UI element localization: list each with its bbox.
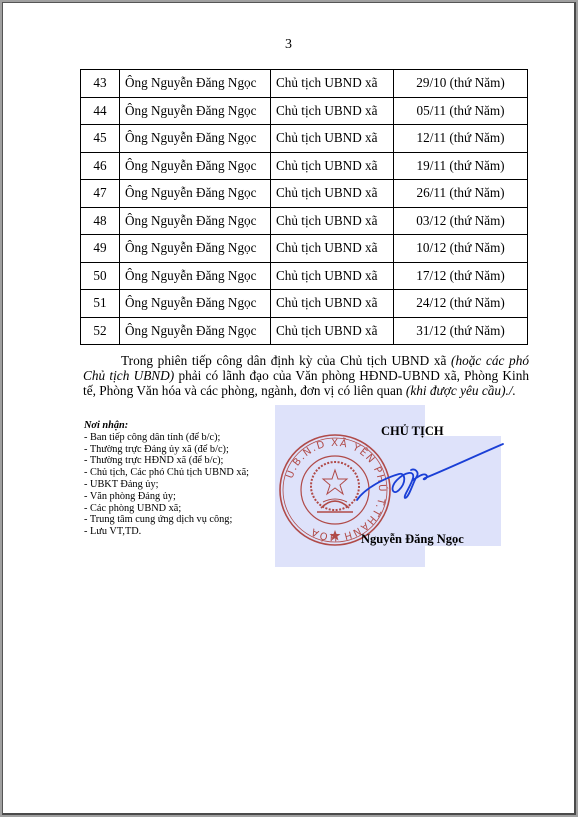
- meeting-date: 26/11 (thứ Năm): [394, 180, 528, 208]
- table-row: 52Ông Nguyễn Đăng NgọcChủ tịch UBND xã31…: [81, 317, 528, 345]
- recipient-item: - UBKT Đảng ủy;: [84, 479, 249, 491]
- official-name: Ông Nguyễn Đăng Ngọc: [120, 290, 271, 318]
- meeting-date: 24/12 (thứ Năm): [394, 290, 528, 318]
- recipient-item: - Thường trực HĐND xã (để b/c);: [84, 455, 249, 467]
- row-number: 45: [81, 125, 120, 153]
- official-name: Ông Nguyễn Đăng Ngọc: [120, 235, 271, 263]
- table-row: 51Ông Nguyễn Đăng NgọcChủ tịch UBND xã24…: [81, 290, 528, 318]
- official-role: Chủ tịch UBND xã: [271, 97, 394, 125]
- recipient-item: - Thường trực Đảng ủy xã (để b/c);: [84, 444, 249, 456]
- table-row: 45Ông Nguyễn Đăng NgọcChủ tịch UBND xã12…: [81, 125, 528, 153]
- row-number: 49: [81, 235, 120, 263]
- official-role: Chủ tịch UBND xã: [271, 262, 394, 290]
- schedule-table: 43Ông Nguyễn Đăng NgọcChủ tịch UBND xã29…: [80, 69, 528, 345]
- recipients-block: Nơi nhận: - Ban tiếp công dân tỉnh (để b…: [84, 420, 249, 538]
- official-role: Chủ tịch UBND xã: [271, 70, 394, 98]
- recipient-item: - Lưu VT,TD.: [84, 526, 249, 538]
- row-number: 51: [81, 290, 120, 318]
- official-role: Chủ tịch UBND xã: [271, 125, 394, 153]
- closing-paragraph: Trong phiên tiếp công dân định kỳ của Ch…: [83, 353, 529, 399]
- official-role: Chủ tịch UBND xã: [271, 290, 394, 318]
- row-number: 44: [81, 97, 120, 125]
- official-name: Ông Nguyễn Đăng Ngọc: [120, 317, 271, 345]
- recipient-item: - Ban tiếp công dân tỉnh (để b/c);: [84, 432, 249, 444]
- official-role: Chủ tịch UBND xã: [271, 207, 394, 235]
- meeting-date: 05/11 (thứ Năm): [394, 97, 528, 125]
- recipients-title: Nơi nhận:: [84, 420, 249, 432]
- recipient-item: - Trung tâm cung ứng dịch vụ công;: [84, 514, 249, 526]
- official-name: Ông Nguyễn Đăng Ngọc: [120, 70, 271, 98]
- official-role: Chủ tịch UBND xã: [271, 317, 394, 345]
- table-row: 44Ông Nguyễn Đăng NgọcChủ tịch UBND xã05…: [81, 97, 528, 125]
- official-role: Chủ tịch UBND xã: [271, 152, 394, 180]
- table-row: 50Ông Nguyễn Đăng NgọcChủ tịch UBND xã17…: [81, 262, 528, 290]
- paragraph-italic-2: (khi được yêu cầu)./.: [406, 383, 516, 398]
- meeting-date: 19/11 (thứ Năm): [394, 152, 528, 180]
- row-number: 46: [81, 152, 120, 180]
- official-name: Ông Nguyễn Đăng Ngọc: [120, 262, 271, 290]
- table-row: 47Ông Nguyễn Đăng NgọcChủ tịch UBND xã26…: [81, 180, 528, 208]
- row-number: 43: [81, 70, 120, 98]
- official-name: Ông Nguyễn Đăng Ngọc: [120, 125, 271, 153]
- official-name: Ông Nguyễn Đăng Ngọc: [120, 152, 271, 180]
- row-number: 52: [81, 317, 120, 345]
- meeting-date: 29/10 (thứ Năm): [394, 70, 528, 98]
- table-row: 46Ông Nguyễn Đăng NgọcChủ tịch UBND xã19…: [81, 152, 528, 180]
- official-name: Ông Nguyễn Đăng Ngọc: [120, 207, 271, 235]
- row-number: 50: [81, 262, 120, 290]
- meeting-date: 31/12 (thứ Năm): [394, 317, 528, 345]
- meeting-date: 17/12 (thứ Năm): [394, 262, 528, 290]
- meeting-date: 12/11 (thứ Năm): [394, 125, 528, 153]
- official-role: Chủ tịch UBND xã: [271, 235, 394, 263]
- row-number: 47: [81, 180, 120, 208]
- recipient-item: - Văn phòng Đảng ủy;: [84, 491, 249, 503]
- handwritten-signature-icon: [355, 440, 505, 510]
- row-number: 48: [81, 207, 120, 235]
- recipient-item: - Chủ tịch, Các phó Chủ tịch UBND xã;: [84, 467, 249, 479]
- table-row: 43Ông Nguyễn Đăng NgọcChủ tịch UBND xã29…: [81, 70, 528, 98]
- table-row: 49Ông Nguyễn Đăng NgọcChủ tịch UBND xã10…: [81, 235, 528, 263]
- official-name: Ông Nguyễn Đăng Ngọc: [120, 180, 271, 208]
- meeting-date: 03/12 (thứ Năm): [394, 207, 528, 235]
- official-name: Ông Nguyễn Đăng Ngọc: [120, 97, 271, 125]
- paragraph-text-1: Trong phiên tiếp công dân định kỳ của Ch…: [121, 353, 451, 368]
- signer-name: Nguyễn Đăng Ngọc: [361, 532, 464, 547]
- page-number: 3: [3, 37, 574, 53]
- recipient-item: - Các phòng UBND xã;: [84, 503, 249, 515]
- meeting-date: 10/12 (thứ Năm): [394, 235, 528, 263]
- official-role: Chủ tịch UBND xã: [271, 180, 394, 208]
- table-row: 48Ông Nguyễn Đăng NgọcChủ tịch UBND xã03…: [81, 207, 528, 235]
